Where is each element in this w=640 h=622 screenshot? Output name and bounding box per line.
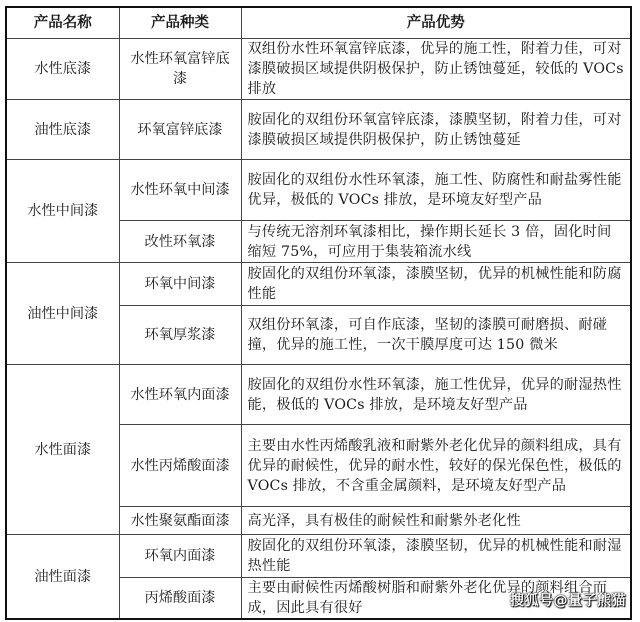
product-kind-cell: 水性环氧中间漆: [119, 160, 241, 221]
product-kind-cell: 环氧中间漆: [119, 263, 241, 306]
product-advantage-cell: 高光泽，具有极佳的耐候性和耐紫外老化性: [241, 507, 631, 535]
product-advantage-cell: 胺固化的双组份水性环氧漆，施工性优异，优异的耐湿热性能，极低的 VOCs 排放，…: [241, 365, 631, 425]
table-row: 油性底漆 环氧富锌底漆 胺固化的双组份环氧富锌底漆，漆膜坚韧，附着力佳，可对漆膜…: [6, 100, 631, 160]
product-name-cell: 油性面漆: [6, 535, 119, 620]
product-kind-cell: 环氧内面漆: [119, 535, 241, 578]
product-advantage-cell: 胺固化的双组份水性环氧漆，施工性、防腐性和耐盐雾性能优异，极低的 VOCs 排放…: [241, 160, 631, 221]
product-kind-cell: 改性环氧漆: [119, 221, 241, 263]
table-row: 水性中间漆 水性环氧中间漆 胺固化的双组份水性环氧漆，施工性、防腐性和耐盐雾性能…: [6, 160, 631, 221]
product-advantage-cell: 胺固化的双组份环氧富锌底漆，漆膜坚韧，附着力佳，可对漆膜破损区域提供阴极保护，防…: [241, 100, 631, 160]
product-advantage-cell: 胺固化的双组份环氧漆，漆膜坚韧，优异的机械性能和防腐性能: [241, 263, 631, 306]
product-kind-cell: 环氧厚浆漆: [119, 306, 241, 365]
product-advantage-cell: 与传统无溶剂环氧漆相比，操作期长延长 3 倍，固化时间缩短 75%，可应用于集装…: [241, 221, 631, 263]
header-product-kind: 产品种类: [119, 7, 241, 39]
header-row: 产品名称 产品种类 产品优势: [6, 7, 631, 39]
product-advantage-cell: 胺固化的双组份环氧漆，漆膜坚韧，优异的机械性能和耐湿热性能: [241, 535, 631, 578]
table-row: 水性底漆 水性环氧富锌底漆 双组份水性环氧富锌底漆，优异的施工性，附着力佳，可对…: [6, 39, 631, 100]
product-kind-cell: 丙烯酸面漆: [119, 578, 241, 620]
product-name-cell: 水性底漆: [6, 39, 119, 100]
table-row: 油性面漆 环氧内面漆 胺固化的双组份环氧漆，漆膜坚韧，优异的机械性能和耐湿热性能: [6, 535, 631, 578]
product-kind-cell: 水性丙烯酸面漆: [119, 425, 241, 507]
product-advantage-cell: 双组份水性环氧富锌底漆，优异的施工性，附着力佳，可对漆膜破损区域提供阴极保护，防…: [241, 39, 631, 100]
product-name-cell: 水性中间漆: [6, 160, 119, 263]
table-row: 水性面漆 水性环氧内面漆 胺固化的双组份水性环氧漆，施工性优异，优异的耐湿热性能…: [6, 365, 631, 425]
header-product-advantage: 产品优势: [241, 7, 631, 39]
table-row: 油性中间漆 环氧中间漆 胺固化的双组份环氧漆，漆膜坚韧，优异的机械性能和防腐性能: [6, 263, 631, 306]
product-name-cell: 油性底漆: [6, 100, 119, 160]
header-product-name: 产品名称: [6, 7, 119, 39]
product-kind-cell: 水性环氧富锌底漆: [119, 39, 241, 100]
product-kind-cell: 环氧富锌底漆: [119, 100, 241, 160]
product-advantage-cell: 双组份环氧漆，可自作底漆，坚韧的漆膜可耐磨损、耐碰撞，优异的施工性，一次干膜厚度…: [241, 306, 631, 365]
product-name-cell: 油性中间漆: [6, 263, 119, 365]
product-kind-cell: 水性环氧内面漆: [119, 365, 241, 425]
product-table: 产品名称 产品种类 产品优势 水性底漆 水性环氧富锌底漆 双组份水性环氧富锌底漆…: [5, 6, 632, 620]
product-advantage-cell: 主要由水性丙烯酸乳液和耐紫外老化优异的颜料组成，具有优异的耐候性，优异的耐水性，…: [241, 425, 631, 507]
watermark: 搜狐号@量子熊猫: [510, 590, 626, 610]
product-name-cell: 水性面漆: [6, 365, 119, 535]
product-kind-cell: 水性聚氨酯面漆: [119, 507, 241, 535]
